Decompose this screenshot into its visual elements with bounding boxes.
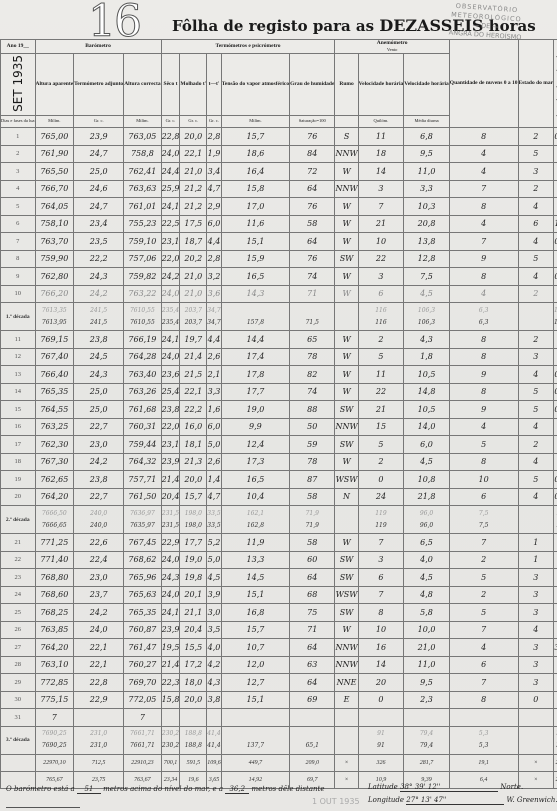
day-cell: 25 <box>1 604 36 622</box>
thermo-unit-0: Gr. c. <box>161 116 180 128</box>
cell-dir <box>335 709 358 727</box>
cell-vap: 15,9 <box>221 250 289 268</box>
decade-row: 1.ª década7613,357613,95241,5241,57610,5… <box>1 303 557 331</box>
day-cell: 28 <box>1 656 36 674</box>
cell-vel: 22 <box>358 250 404 268</box>
cell-t: 24,2 <box>161 268 180 286</box>
cell-rain: — <box>554 285 557 303</box>
cell-corr: 764,32 <box>124 453 161 471</box>
cell-t: 23,1 <box>161 436 180 454</box>
thermo-unit-2: Gr. c. <box>207 116 222 128</box>
cell-rain: — <box>554 436 557 454</box>
cell-tadj: 24,7 <box>74 145 124 163</box>
cell-hum: 58 <box>290 534 335 552</box>
cell-cl: 8 <box>449 268 518 286</box>
tally-top: 79,4 <box>420 730 433 737</box>
signature-line <box>6 807 80 808</box>
decade-hum: 71,971,9 <box>290 506 335 534</box>
cell-dt <box>207 709 222 727</box>
cell-alt: 768,80 <box>35 569 74 587</box>
cell-tw: 15,7 <box>180 488 207 506</box>
decade-tally <box>519 514 554 526</box>
day-cell: 21 <box>1 534 36 552</box>
cell-vap: 15,7 <box>221 621 289 639</box>
thermo-col-2: t—t' <box>207 54 222 116</box>
cell-vel: 14 <box>358 163 404 181</box>
cell-sea: 3 <box>518 674 554 692</box>
cell-vap: 12,0 <box>221 656 289 674</box>
tally-bottom: 79,4 <box>420 742 433 749</box>
total-avg: 281,7 <box>404 754 450 771</box>
tally-bottom: 91 <box>377 742 385 749</box>
cell-tadj: 23,0 <box>74 436 124 454</box>
tally-bottom: 231,0 <box>90 742 107 749</box>
cell-t: 24,0 <box>161 285 180 303</box>
cell-dir: SW <box>335 551 358 569</box>
decade-tally: 188,8188,8 <box>180 728 206 752</box>
decade-tally: 198,0198,0 <box>180 508 206 532</box>
cell-sea: 6 <box>518 215 554 233</box>
cell-cl: 2 <box>449 551 518 569</box>
tally-top: 116 <box>375 307 386 314</box>
cell-hum: 58 <box>290 488 335 506</box>
cell-corr: 767,45 <box>124 534 161 552</box>
cell-vap: 14,5 <box>221 569 289 587</box>
cell-vel: 20 <box>358 674 404 692</box>
cell-rain: 0,1 <box>554 383 557 401</box>
cell-hum: 64 <box>290 639 335 657</box>
barometer-col-1: Termómetro adjunto <box>74 54 124 116</box>
cell-cl: 4 <box>449 639 518 657</box>
table-row: 26763,8524,0760,8723,920,43,515,771W1010… <box>1 621 557 639</box>
cell-tw: 21,1 <box>180 604 207 622</box>
day-cell: 9 <box>1 268 36 286</box>
total-sea: × <box>518 754 554 771</box>
cell-corr: 759,44 <box>124 436 161 454</box>
table-row: 7763,7023,5759,1023,118,74,415,164W1013,… <box>1 233 557 251</box>
cell-vel: 6 <box>358 569 404 587</box>
cell-tadj: 23,7 <box>74 586 124 604</box>
cell-alt: 775,15 <box>35 691 74 709</box>
decade-vap: 162,1162,8 <box>221 506 289 534</box>
cell-alt: 764,55 <box>35 401 74 419</box>
cell-cl: 8 <box>449 453 518 471</box>
cell-rain: 0,0 <box>554 268 557 286</box>
day-cell: 16 <box>1 418 36 436</box>
cell-t: 22,3 <box>161 674 180 692</box>
cell-dt: 4,3 <box>207 674 222 692</box>
cell-tadj: 24,6 <box>74 180 124 198</box>
anemo-col-1: Velocidade horária <box>358 54 404 116</box>
tally-bottom: 96,0 <box>420 522 433 529</box>
table-row: 25768,2524,2765,3524,121,13,016,875SW85,… <box>1 604 557 622</box>
cell-cl: 8 <box>449 691 518 709</box>
decade-cl: 6,36,3 <box>449 303 518 331</box>
tally-bottom: 41,4 <box>207 742 220 749</box>
cell-tadj: 23,8 <box>74 331 124 349</box>
cell-tadj: 24,3 <box>74 366 124 384</box>
table-row: 24768,6023,7765,6324,020,13,915,168WSW74… <box>1 586 557 604</box>
cell-alt: 765,50 <box>35 163 74 181</box>
cell-corr: 755,23 <box>124 215 161 233</box>
decade-tally: 79,479,4 <box>404 728 449 752</box>
cell-corr: 761,50 <box>124 488 161 506</box>
tally-bottom: 106,3 <box>418 319 435 326</box>
cell-alt: 767,40 <box>35 348 74 366</box>
decade-tally: 7613,357613,95 <box>36 305 74 329</box>
cell-corr: 765,96 <box>124 569 161 587</box>
cell-dt: 3,4 <box>207 163 222 181</box>
cell-sea: 5 <box>518 145 554 163</box>
table-row: 23768,8023,0765,9624,319,84,514,564SW64,… <box>1 569 557 587</box>
cell-corr: 763,40 <box>124 366 161 384</box>
cell-sea: 4 <box>518 488 554 506</box>
decade-corr: 7661,717661,71 <box>124 726 161 754</box>
cell-tw: 20,0 <box>180 691 207 709</box>
cell-cl: 7 <box>449 534 518 552</box>
cell-vel: 3 <box>358 551 404 569</box>
cell-vap: 19,0 <box>221 401 289 419</box>
cell-cl: 10 <box>449 471 518 489</box>
decade-tw: 188,8188,8 <box>180 726 207 754</box>
cell-dt: 2,8 <box>207 128 222 146</box>
decade-sea <box>518 726 554 754</box>
total-label <box>1 754 36 771</box>
cell-corr: 769,70 <box>124 674 161 692</box>
table-row: 14765,3525,0763,2625,422,13,317,774W2214… <box>1 383 557 401</box>
cell-corr: 766,19 <box>124 331 161 349</box>
cell-rain: — <box>554 145 557 163</box>
tally-bottom: 6,3 <box>479 319 489 326</box>
tally-top: 240,0 <box>90 510 107 517</box>
table-row: 18767,3024,2764,3223,921,32,617,378W24,5… <box>1 453 557 471</box>
cell-dir: SW <box>335 436 358 454</box>
cell-tadj: 24,5 <box>74 348 124 366</box>
cell-vel: 16 <box>358 639 404 657</box>
thermo-unit-4: Saturação=100 <box>290 116 335 128</box>
cell-alt: 765,35 <box>35 383 74 401</box>
decade-tally <box>335 734 357 746</box>
cell-corr: 7 <box>124 709 161 727</box>
table-row: 19762,6523,8757,7121,420,01,416,587WSW01… <box>1 471 557 489</box>
cell-alt: 769,15 <box>35 331 74 349</box>
cell-vap: 10,7 <box>221 639 289 657</box>
tally-top: 33,5 <box>207 510 220 517</box>
cell-avg: 10,0 <box>404 621 450 639</box>
cell-avg: 6,8 <box>404 128 450 146</box>
cell-dt: 3,6 <box>207 285 222 303</box>
cell-dt: 3,0 <box>207 604 222 622</box>
cell-corr: 765,63 <box>124 586 161 604</box>
decade-tally: 106,3106,3 <box>404 305 449 329</box>
cell-t: 22,5 <box>161 215 180 233</box>
cell-dt: 2,8 <box>207 250 222 268</box>
cell-rain: — <box>554 348 557 366</box>
cell-t: 24,1 <box>161 604 180 622</box>
cell-avg: 21,8 <box>404 488 450 506</box>
cell-vel: 7 <box>358 198 404 216</box>
cell-avg: 11,0 <box>404 163 450 181</box>
cell-rain: 0,0 <box>554 366 557 384</box>
decade-dt: 34,734,7 <box>207 303 222 331</box>
tally-bottom: 71,5 <box>306 319 319 326</box>
cell-dir: NNW <box>335 145 358 163</box>
cell-rain: — <box>554 418 557 436</box>
cell-hum: 78 <box>290 348 335 366</box>
cell-tw: 22,2 <box>180 401 207 419</box>
day-cell: 15 <box>1 401 36 419</box>
tally-bottom: 7610,55 <box>130 319 155 326</box>
cell-dir: W <box>335 163 358 181</box>
cell-avg: 4,5 <box>404 453 450 471</box>
table-row: 9762,8024,3759,8224,221,03,216,574W37,58… <box>1 268 557 286</box>
cell-tw: 19,7 <box>180 331 207 349</box>
tally-bottom: 203,7 <box>185 319 202 326</box>
cell-vap: 15,1 <box>221 691 289 709</box>
cell-sea: 3 <box>518 348 554 366</box>
table-row: 10766,2024,2763,2224,021,03,614,371W64,5… <box>1 285 557 303</box>
decade-tally: 34,734,7 <box>207 305 221 329</box>
decade-alt: 7690,257690,25 <box>35 726 74 754</box>
cell-dir: SW <box>335 604 358 622</box>
day-cell: 31 <box>1 709 36 727</box>
table-row: 17762,3023,0759,4423,118,15,012,459SW56,… <box>1 436 557 454</box>
table-row: 4766,7024,6763,6325,921,24,715,864NNW33,… <box>1 180 557 198</box>
cell-avg: 1,8 <box>404 348 450 366</box>
cell-tw: 20,0 <box>180 471 207 489</box>
day-cell: 2 <box>1 145 36 163</box>
cell-tadj: 22,2 <box>74 250 124 268</box>
barometer-note: O barómetro está a 51 metros acima do ní… <box>6 785 324 794</box>
thermo-unit-3: Milím. <box>221 116 289 128</box>
cell-sea: 5 <box>518 250 554 268</box>
cell-hum: 69 <box>290 691 335 709</box>
cell-avg: 6,5 <box>404 534 450 552</box>
cell-dir: W <box>335 621 358 639</box>
cell-vel: 18 <box>358 145 404 163</box>
cell-tadj: 24,2 <box>74 285 124 303</box>
cell-vap: 13,3 <box>221 551 289 569</box>
cell-vap: 17,3 <box>221 453 289 471</box>
tally-bottom: 119 <box>375 522 386 529</box>
decade-tally: 7666,507666,65 <box>36 508 74 532</box>
cell-avg: 7,5 <box>404 268 450 286</box>
cell-corr: 760,31 <box>124 418 161 436</box>
cell-vap: 9,9 <box>221 418 289 436</box>
cell-sea: 2 <box>518 331 554 349</box>
cell-vel: 10 <box>358 233 404 251</box>
cell-alt: 771,40 <box>35 551 74 569</box>
decade-cl: 7,57,5 <box>449 506 518 534</box>
cell-dt: 6,0 <box>207 418 222 436</box>
cell-vap: 16,5 <box>221 268 289 286</box>
cell-rain: 0,5 <box>554 233 557 251</box>
cell-hum: 71 <box>290 285 335 303</box>
cell-tadj: 24,2 <box>74 604 124 622</box>
table-row: 12767,4024,5764,2824,021,42,617,478W51,8… <box>1 348 557 366</box>
decade-vel: 119119 <box>358 506 404 534</box>
tally-bottom: 33,5 <box>207 522 220 529</box>
decade-tally: 7690,257690,25 <box>36 728 74 752</box>
cell-rain: — <box>554 534 557 552</box>
cell-sea: 2 <box>518 436 554 454</box>
day-cell: 6 <box>1 215 36 233</box>
tally-bottom: 5,3 <box>479 742 489 749</box>
decade-tally <box>335 311 357 323</box>
barometer-unit-0: Milím. <box>35 116 74 128</box>
cell-corr: 759,10 <box>124 233 161 251</box>
decade-tally: 7,57,5 <box>450 508 518 532</box>
cell-t: 22,0 <box>161 250 180 268</box>
cell-avg: 10,3 <box>404 198 450 216</box>
cell-tw: 21,2 <box>180 198 207 216</box>
day-cell: 8 <box>1 250 36 268</box>
thermo-col-1: Molhado t' <box>180 54 207 116</box>
decade-tally: 5,35,3 <box>450 728 518 752</box>
table-row: 20764,2022,7761,5020,415,74,710,458N2421… <box>1 488 557 506</box>
cell-hum: 59 <box>290 436 335 454</box>
barometer-height: 51 <box>77 785 101 794</box>
cell-corr: 757,06 <box>124 250 161 268</box>
cell-t: 19,5 <box>161 639 180 657</box>
longitude: Longitude 27° 13' 47'' W. Greenwich. <box>368 796 557 805</box>
cell-avg: 12,8 <box>404 250 450 268</box>
table-row: 15764,5525,0761,6823,822,21,619,088SW211… <box>1 401 557 419</box>
cell-cl: 6 <box>449 488 518 506</box>
cell-corr: 763,26 <box>124 383 161 401</box>
cell-tw: 21,0 <box>180 285 207 303</box>
cell-corr: 765,35 <box>124 604 161 622</box>
latitude: Latitude 38° 39' 12'' Norte. <box>368 783 523 792</box>
cell-vel: 3 <box>358 180 404 198</box>
cell-cl: 2 <box>449 586 518 604</box>
decade-tally: 137,7 <box>222 728 289 752</box>
cell-avg: 14,8 <box>404 383 450 401</box>
tally-bottom: 7661,71 <box>130 742 155 749</box>
cell-avg: 14,0 <box>404 418 450 436</box>
cell-t: 24,0 <box>161 586 180 604</box>
cell-rain: 0,0 <box>554 488 557 506</box>
decade-alt: 7666,507666,65 <box>35 506 74 534</box>
cell-t <box>161 709 180 727</box>
cell-tadj <box>74 709 124 727</box>
total-rain: 22,6 <box>554 754 557 771</box>
total-t: 700,1 <box>161 754 180 771</box>
tally-top: 34,7 <box>207 307 220 314</box>
tally-top: 203,7 <box>185 307 202 314</box>
cell-rain: — <box>554 180 557 198</box>
cell-t: 22,8 <box>161 128 180 146</box>
cell-tadj: 22,1 <box>74 639 124 657</box>
cell-cl: 4 <box>449 145 518 163</box>
cell-sea: 3 <box>518 604 554 622</box>
cell-dir: E <box>335 691 358 709</box>
cell-cl: 8 <box>449 128 518 146</box>
cell-dir: NNW <box>335 656 358 674</box>
cell-corr: 763,22 <box>124 285 161 303</box>
cell-dt: 6,0 <box>207 215 222 233</box>
cell-t: 22,0 <box>161 418 180 436</box>
cell-avg: 5,8 <box>404 604 450 622</box>
decade-tally: 71,5 <box>290 305 334 329</box>
cell-avg: 13,8 <box>404 233 450 251</box>
cell-dt: 2,6 <box>207 453 222 471</box>
cell-tadj: 22,7 <box>74 488 124 506</box>
cell-tw: 17,7 <box>180 534 207 552</box>
cell-cl: 7 <box>449 180 518 198</box>
cell-vel: 0 <box>358 471 404 489</box>
day-cell: 12 <box>1 348 36 366</box>
tally-bottom: 7690,25 <box>42 742 67 749</box>
cell-t: 24,1 <box>161 331 180 349</box>
cell-t: 15,8 <box>161 691 180 709</box>
cell-cl: 5 <box>449 436 518 454</box>
tally-bottom: 231,5 <box>162 522 179 529</box>
cell-alt: 768,60 <box>35 586 74 604</box>
cell-dt: 4,5 <box>207 569 222 587</box>
cell-vap: 12,4 <box>221 436 289 454</box>
cell-vel: 22 <box>358 383 404 401</box>
tally-bottom: 188,8 <box>185 742 202 749</box>
cell-tadj: 24,0 <box>74 621 124 639</box>
decade-dt: 33,533,5 <box>207 506 222 534</box>
cell-tadj: 22,1 <box>74 656 124 674</box>
cell-t: 20,4 <box>161 488 180 506</box>
tally-bottom: 116 <box>375 319 386 326</box>
cell-tadj: 24,2 <box>74 453 124 471</box>
decade-vap: 137,7 <box>221 726 289 754</box>
decade-tally: 119119 <box>359 508 404 532</box>
total-alt: 22970,10 <box>35 754 74 771</box>
cell-dir: W <box>335 534 358 552</box>
decade-tally <box>519 311 554 323</box>
day-cell: 24 <box>1 586 36 604</box>
cell-dt: 1,6 <box>207 401 222 419</box>
cell-vel: 7 <box>358 534 404 552</box>
cell-vap <box>221 709 289 727</box>
decade-corr: 7636,977635,97 <box>124 506 161 534</box>
cell-tadj: 22,8 <box>74 674 124 692</box>
decade-avg: 96,096,0 <box>404 506 450 534</box>
cell-hum: 63 <box>290 656 335 674</box>
cell-tw <box>180 709 207 727</box>
day-cell: 1 <box>1 128 36 146</box>
cell-tadj: 22,7 <box>74 418 124 436</box>
decade-tally: 241,5241,5 <box>74 305 123 329</box>
cell-alt: 761,90 <box>35 145 74 163</box>
day-cell: 22 <box>1 551 36 569</box>
cell-avg: 4,8 <box>404 586 450 604</box>
cell-sea: 5 <box>518 401 554 419</box>
cell-rain: 0,5 <box>554 471 557 489</box>
anemo-unit-1: Quilóm. <box>358 116 404 128</box>
cell-tw: 21,3 <box>180 453 207 471</box>
cell-rain: — <box>554 674 557 692</box>
cell-tadj: 25,0 <box>74 163 124 181</box>
table-row: 3765,5025,0762,4124,421,03,416,472W1411,… <box>1 163 557 181</box>
cell-dir: W <box>335 453 358 471</box>
decade-alt: 7613,357613,95 <box>35 303 74 331</box>
cell-vap: 11,6 <box>221 215 289 233</box>
table-row: 16763,2522,7760,3122,016,06,09,950NNW151… <box>1 418 557 436</box>
total-tw: 591,5 <box>180 754 207 771</box>
day-cell: 5 <box>1 198 36 216</box>
cell-tw: 19,8 <box>180 569 207 587</box>
cell-t: 22,9 <box>161 534 180 552</box>
total-vel: 326 <box>358 754 404 771</box>
cell-hum: 74 <box>290 268 335 286</box>
anemo-unit-0 <box>335 116 358 128</box>
